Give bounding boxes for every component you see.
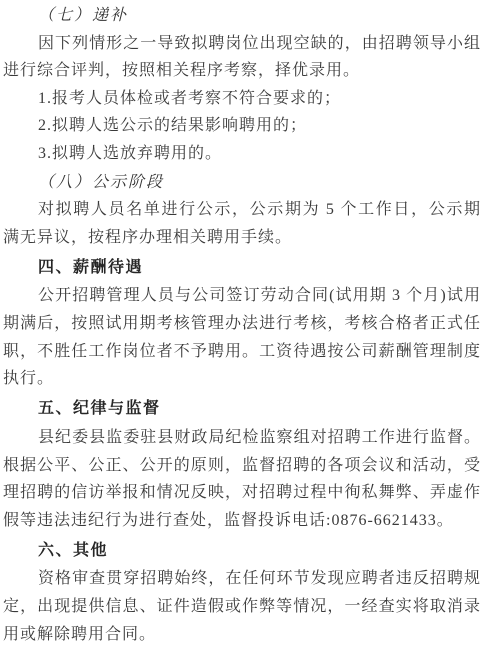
- paragraph: 资格审查贯穿招聘始终，在任何环节发现应聘者违反招聘规定，出现提供信息、证件造假或…: [3, 565, 481, 646]
- sub-section-heading: （八）公示阶段: [3, 169, 481, 197]
- section-heading: 五、纪律与监督: [3, 395, 481, 423]
- document-page: （七）递补因下列情形之一导致拟聘岗位出现空缺的，由招聘领导小组进行综合评判，按照…: [0, 0, 495, 646]
- paragraph: 因下列情形之一导致拟聘岗位出现空缺的，由招聘领导小组进行综合评判，按照相关程序考…: [3, 30, 481, 85]
- list-item: 2.拟聘人选公示的结果影响聘用的；: [3, 112, 481, 140]
- list-item: 1.报考人员体检或者考察不符合要求的；: [3, 85, 481, 113]
- section-heading: 六、其他: [3, 537, 481, 565]
- paragraph: 县纪委县监委驻县财政局纪检监察组对招聘工作进行监督。根据公平、公正、公开的原则，…: [3, 424, 481, 534]
- paragraph: 公开招聘管理人员与公司签订劳动合同(试用期 3 个月)试用期满后，按照试用期考核…: [3, 282, 481, 392]
- list-item: 3.拟聘人选放弃聘用的。: [3, 140, 481, 168]
- sub-section-heading: （七）递补: [3, 2, 481, 30]
- section-heading: 四、薪酬待遇: [3, 254, 481, 282]
- paragraph: 对拟聘人员名单进行公示，公示期为 5 个工作日，公示期满无异议，按程序办理相关聘…: [3, 196, 481, 251]
